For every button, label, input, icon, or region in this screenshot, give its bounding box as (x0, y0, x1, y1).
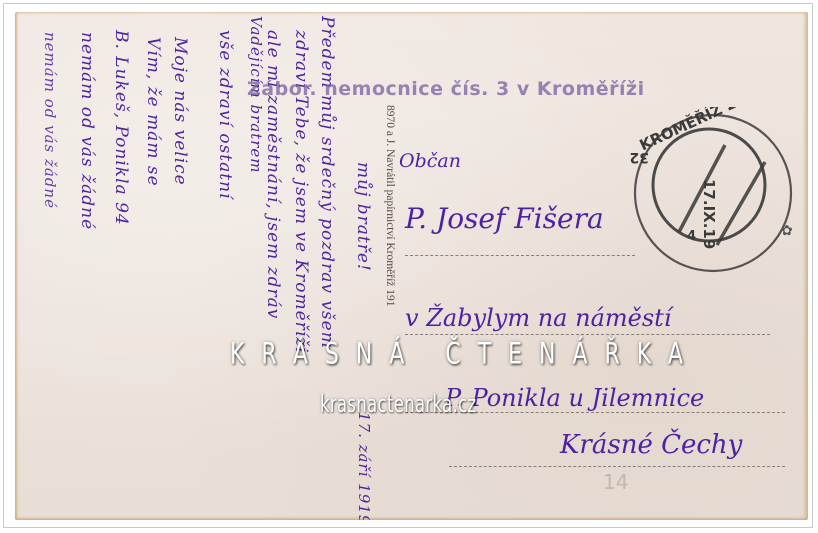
message-line: Moje nás velice (170, 37, 190, 186)
hospital-stamp: Zábor. nemocnice čís. 3 v Kroměříži (247, 78, 645, 100)
message-line: vše zdraví ostatní (215, 30, 235, 199)
watermark-title: KRÁSNÁ ČTENÁŘKA (230, 338, 700, 372)
message-line: nemám od vás žádné (77, 32, 97, 230)
address-rule (405, 255, 635, 256)
message-line: ale mi zaměstnání, jsem zdráv (263, 30, 283, 319)
address-line-4: P. Ponikla u Jilemnice (445, 384, 704, 412)
address-line-2: P. Josef Fišera (405, 202, 604, 235)
pencil-mark: 14 (603, 470, 628, 494)
message-line: Vím, že mám se (143, 37, 163, 187)
address-rule (405, 334, 770, 335)
message-line: nemám od vás žádné (41, 32, 59, 209)
address-line-3: v Žabylym na náměstí (405, 304, 671, 332)
message-date: 17. září 1919 (355, 412, 373, 520)
postmark-prefix: 32 (630, 149, 649, 165)
message-line: B. Lukeš, Ponikla 94 (111, 30, 131, 226)
address-line-1: Občan (399, 150, 461, 172)
message-line: Předem můj srdečný pozdrav všem (317, 16, 337, 349)
svg-text:✿: ✿ (781, 223, 793, 239)
address-rule (449, 466, 785, 467)
message-line: můj bratře! (353, 162, 373, 272)
postmark-suffix: 4 (687, 229, 696, 244)
watermark-url: krasnactenarka.cz (320, 390, 477, 418)
address-line-5: Krásné Čechy (560, 430, 742, 460)
postmark-date: 17.IX.19 (700, 179, 718, 249)
postcard-scan: Vadějícím bratrem Předem můj srdečný poz… (15, 12, 808, 520)
postmark-icon: 17.IX.19 KROMĚŘÍŽ 2 32 4 ✿ (627, 107, 799, 279)
printer-imprint: 8970 a J. Navrátil papírnictví Kroměříž … (384, 105, 396, 307)
